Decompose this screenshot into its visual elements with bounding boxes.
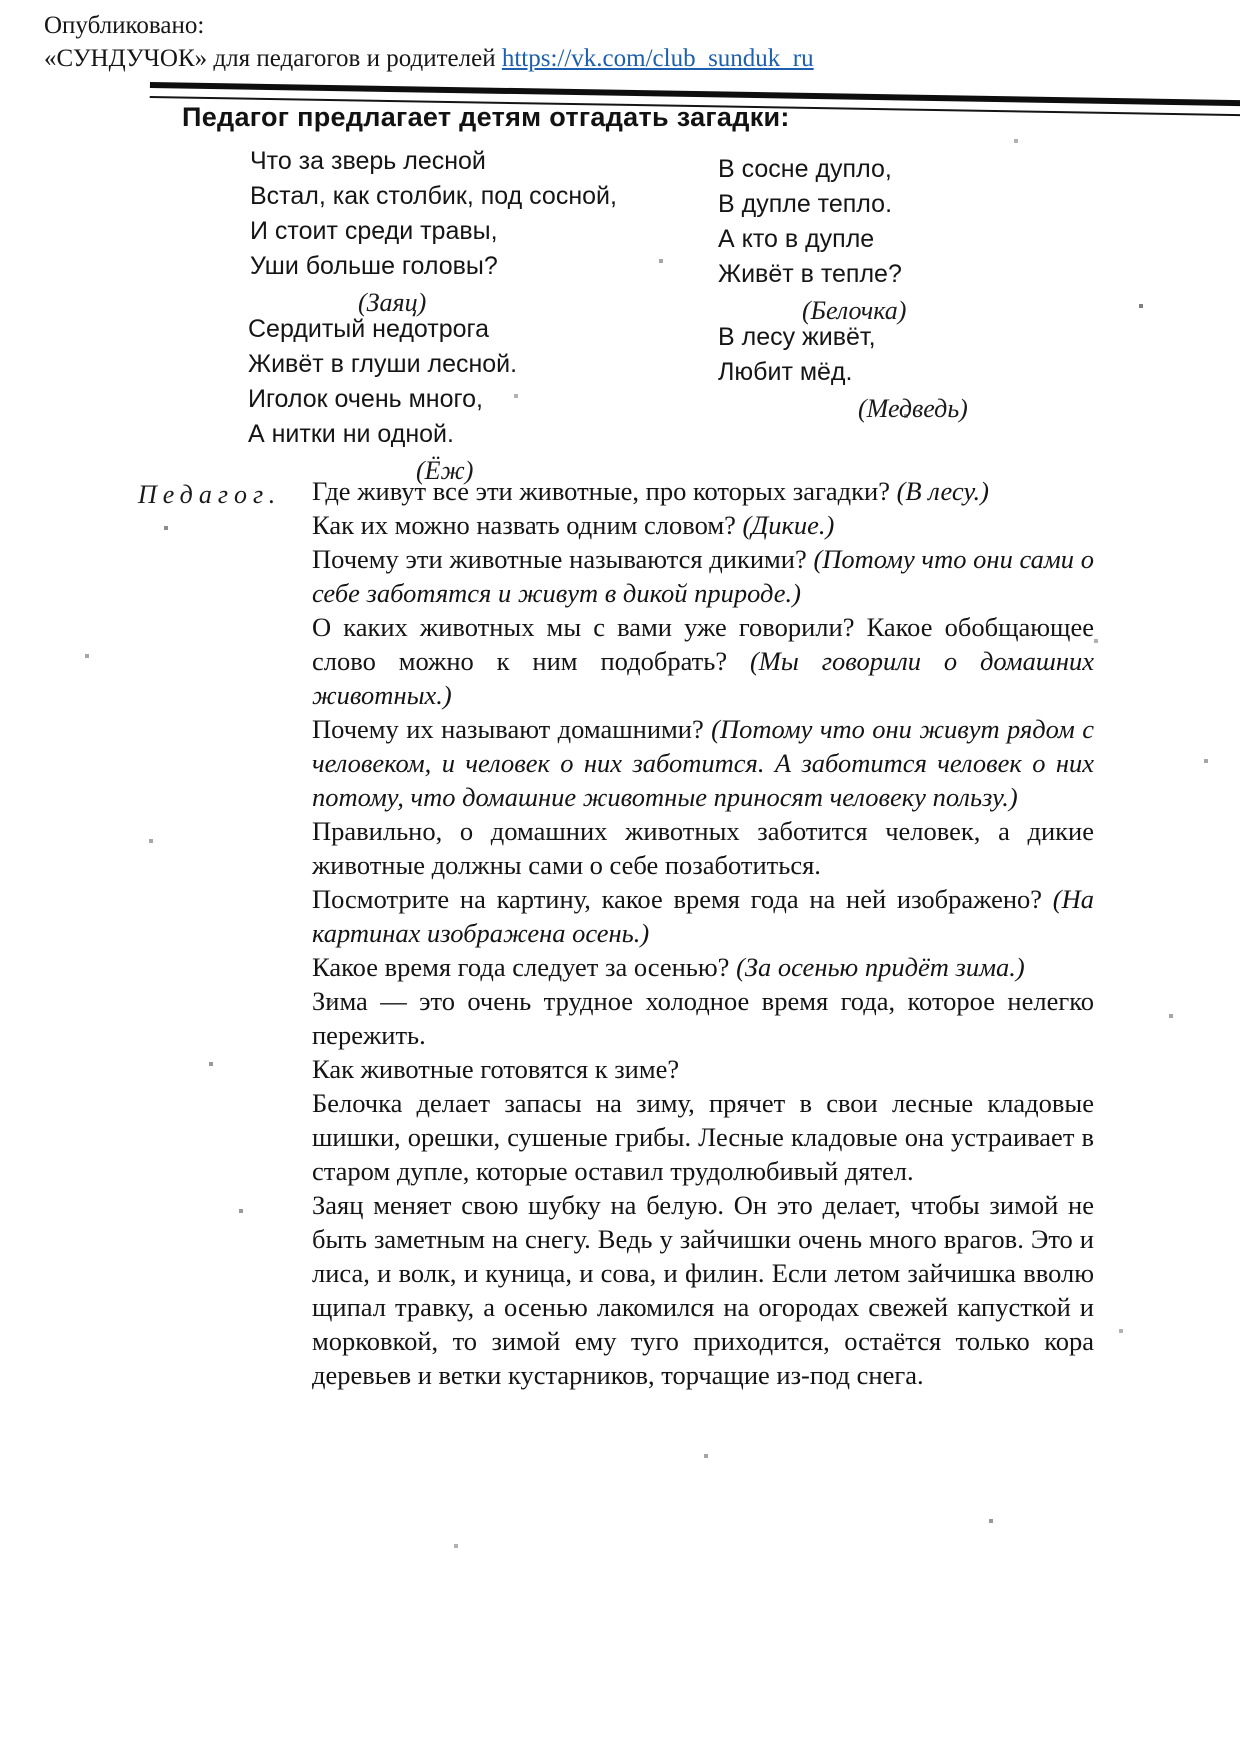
riddle-block-belochka: В сосне дупло,В дупле тепло.А кто в дупл… <box>718 152 906 328</box>
riddle-line: Встал, как столбик, под сосной, <box>250 179 617 214</box>
riddle-text: В сосне дупло,В дупле тепло.А кто в дупл… <box>718 152 906 292</box>
riddle-block-zayats: Что за зверь леснойВстал, как столбик, п… <box>250 144 617 320</box>
dialogue-paragraph: Где живут все эти животные, про которых … <box>312 474 1094 508</box>
scan-noise <box>0 0 2 2</box>
dialogue-question-segment: Как животные готовятся к зиме? <box>312 1054 679 1084</box>
riddle-block-yozh: Сердитый недотрогаЖивёт в глуши лесной.И… <box>248 312 517 488</box>
source-prefix: «СУНДУЧОК» для педагогов и родителей <box>44 45 502 72</box>
dialogue-question-segment: Зима — это очень трудное холодное время … <box>312 986 1094 1050</box>
riddle-line: Живёт в тепле? <box>718 257 906 292</box>
dialogue-question-segment: Почему их называют домашними? <box>312 714 711 744</box>
speaker-label: Педагог. <box>138 480 281 510</box>
dialogue-paragraph: Посмотрите на картину, какое время года … <box>312 882 1094 950</box>
dialogue-answer-segment: (В лесу.) <box>897 476 989 506</box>
riddle-line: Сердитый недотрога <box>248 312 517 347</box>
riddle-line: Иголок очень много, <box>248 382 517 417</box>
dialogue-paragraph: Белочка делает запасы на зиму, прячет в … <box>312 1086 1094 1188</box>
dialogue-question-segment: Заяц меняет свою шубку на белую. Он это … <box>312 1190 1094 1390</box>
dialogue-paragraph: Почему эти животные называются дикими? (… <box>312 542 1094 610</box>
source-link[interactable]: https://vk.com/club_sunduk_ru <box>502 45 814 72</box>
riddle-text: Сердитый недотрогаЖивёт в глуши лесной.И… <box>248 312 517 452</box>
dialogue-answer-segment: (За осенью придёт зима.) <box>736 952 1025 982</box>
dialogue-question-segment: Посмотрите на картину, какое время года … <box>312 884 1053 914</box>
dialogue-paragraph: Правильно, о домашних животных заботится… <box>312 814 1094 882</box>
riddle-line: А кто в дупле <box>718 222 906 257</box>
dialogue-text: Где живут все эти животные, про которых … <box>312 474 1094 1392</box>
riddle-line: Любит мёд. <box>718 355 968 390</box>
riddle-line: Живёт в глуши лесной. <box>248 347 517 382</box>
riddle-line: И стоит среди травы, <box>250 214 617 249</box>
riddle-text: Что за зверь леснойВстал, как столбик, п… <box>250 144 617 284</box>
section-title: Педагог предлагает детям отгадать загадк… <box>182 102 790 133</box>
dialogue-question-segment: Где живут все эти животные, про которых … <box>312 476 897 506</box>
published-label: Опубликовано: <box>44 10 204 42</box>
riddle-line: В лесу живёт, <box>718 320 968 355</box>
riddle-line: Уши больше головы? <box>250 249 617 284</box>
dialogue-answer-segment: (Дикие.) <box>743 510 835 540</box>
dialogue-question-segment: Какое время года следует за осенью? <box>312 952 736 982</box>
dialogue-paragraph: О каких животных мы с вами уже говорили?… <box>312 610 1094 712</box>
riddle-block-medved: В лесу живёт,Любит мёд. (Медведь) <box>718 320 968 426</box>
riddle-line: В дупле тепло. <box>718 187 906 222</box>
dialogue-paragraph: Почему их называют домашними? (Потому чт… <box>312 712 1094 814</box>
dialogue-paragraph: Зима — это очень трудное холодное время … <box>312 984 1094 1052</box>
dialogue-question-segment: Как их можно назвать одним словом? <box>312 510 743 540</box>
scanned-document-page: { "header": { "published_label": "Опубли… <box>0 0 1240 1754</box>
dialogue-question-segment: Белочка делает запасы на зиму, прячет в … <box>312 1088 1094 1186</box>
dialogue-question-segment: Почему эти животные называются дикими? <box>312 544 813 574</box>
riddle-answer: (Медведь) <box>718 391 968 426</box>
dialogue-paragraph: Как животные готовятся к зиме? <box>312 1052 1094 1086</box>
dialogue-paragraph: Как их можно назвать одним словом? (Дики… <box>312 508 1094 542</box>
dialogue-paragraph: Какое время года следует за осенью? (За … <box>312 950 1094 984</box>
dialogue-question-segment: Правильно, о домашних животных заботится… <box>312 816 1094 880</box>
source-line: «СУНДУЧОК» для педагогов и родителей htt… <box>44 43 814 75</box>
riddle-line: Что за зверь лесной <box>250 144 617 179</box>
riddle-text: В лесу живёт,Любит мёд. <box>718 320 968 390</box>
riddle-line: А нитки ни одной. <box>248 417 517 452</box>
riddle-line: В сосне дупло, <box>718 152 906 187</box>
dialogue-paragraph: Заяц меняет свою шубку на белую. Он это … <box>312 1188 1094 1392</box>
